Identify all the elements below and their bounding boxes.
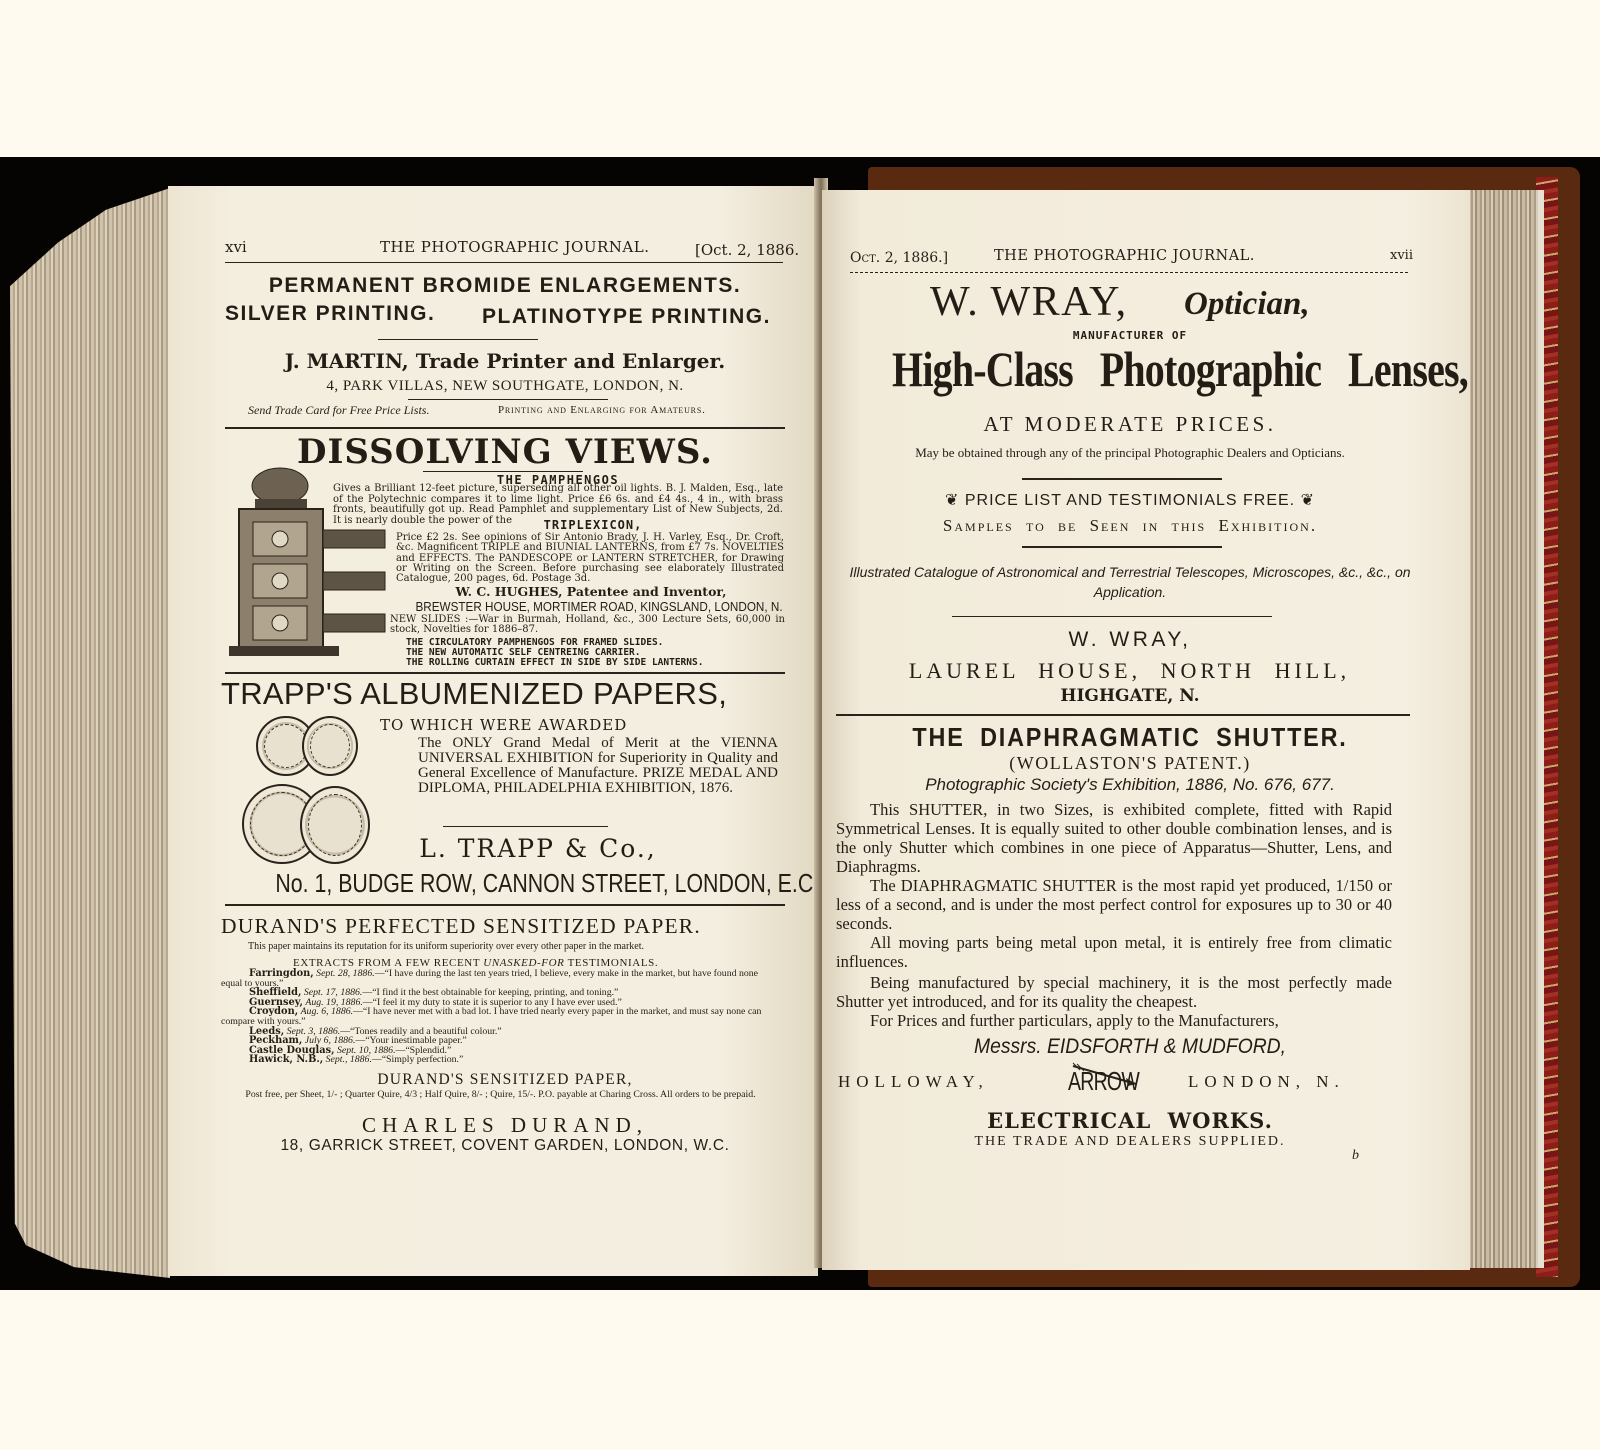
testimonials-list: Farringdon, Sept. 28, 1886.—“I have duri…	[221, 969, 781, 1065]
page-number: xvi	[225, 238, 247, 256]
ad-headline: THE DIAPHRAGMATIC SHUTTER.	[878, 722, 1382, 753]
journal-title: THE PHOTOGRAPHIC JOURNAL.	[380, 238, 649, 256]
advertiser-address: 18, GARRICK STREET, COVENT GARDEN, LONDO…	[225, 1137, 785, 1155]
advertiser-address: BREWSTER HOUSE, MORTIMER ROAD, KINGSLAND…	[416, 599, 767, 614]
advertiser-town: HIGHGATE, N.	[850, 686, 1410, 706]
price-list: Post free, per Sheet, 1/- ; Quarter Quir…	[218, 1090, 783, 1100]
trade-note: THE TRADE AND DEALERS SUPPLIED.	[850, 1134, 1410, 1150]
ad-body: The ONLY Grand Medal of Merit at the VIE…	[418, 736, 778, 796]
divider	[423, 471, 583, 472]
medal-icon	[302, 716, 358, 776]
ad-callout: Samples to be Seen in this Exhibition.	[850, 516, 1410, 536]
works-location: HOLLOWAY,	[838, 1072, 989, 1092]
ad-body: Price £2 2s. See opinions of Sir Antonio…	[396, 533, 784, 584]
manufacturer-name: Messrs. EIDSFORTH & MUDFORD,	[872, 1035, 1387, 1059]
ad-paragraph: This SHUTTER, in two Sizes, is exhibited…	[836, 800, 1392, 876]
ad-paragraph: Being manufactured by special machinery,…	[836, 973, 1392, 1011]
divider	[1022, 546, 1222, 548]
feature-line: THE ROLLING CURTAIN EFFECT IN SIDE BY SI…	[406, 657, 703, 668]
page-edges-left	[10, 188, 170, 1278]
testimonial: Croydon, Aug. 6, 1886.—“I have never met…	[221, 1007, 781, 1026]
arrow-logo: ARROW	[1068, 1060, 1168, 1114]
testimonial: Hawick, N.B., Sept., 1886.—“Simply perfe…	[221, 1055, 781, 1065]
divider	[1022, 478, 1222, 480]
ad-subheadline: TO WHICH WERE AWARDED	[380, 716, 627, 734]
works-location: LONDON, N.	[1188, 1072, 1345, 1092]
left-page: xvi THE PHOTOGRAPHIC JOURNAL. [Oct. 2, 1…	[168, 186, 818, 1276]
divider	[952, 616, 1272, 617]
advertiser-name: J. MARTIN, Trade Printer and Enlarger.	[225, 349, 785, 373]
ad-note: Printing and Enlarging for Amateurs.	[498, 404, 706, 416]
advertiser-address: LAUREL HOUSE, NORTH HILL,	[837, 658, 1422, 684]
ad-separator	[225, 904, 785, 906]
header-rule	[850, 272, 1408, 273]
ad-subheadline: AT MODERATE PRICES.	[850, 412, 1410, 437]
ad-intro: This paper maintains its reputation for …	[248, 941, 644, 952]
divider	[443, 826, 608, 827]
advertiser-name: W. WRAY,	[850, 628, 1410, 652]
ad-headline: TRAPP'S ALBUMENIZED PAPERS,	[221, 676, 727, 712]
ad-body: May be obtained through any of the princ…	[850, 445, 1410, 461]
ad-headline: SILVER PRINTING.	[225, 302, 435, 326]
product-name: TRIPLEXICON,	[398, 518, 788, 532]
ad-paragraph: The DIAPHRAGMATIC SHUTTER is the most ra…	[836, 876, 1392, 933]
ad-note: Send Trade Card for Free Price Lists.	[248, 403, 429, 418]
exhibition-note: Photographic Society's Exhibition, 1886,…	[850, 775, 1410, 795]
issue-date: Oct. 2, 1886.]	[850, 250, 948, 266]
ad-headline: PLATINOTYPE PRINTING.	[482, 305, 771, 329]
ad-paragraph: For Prices and further particulars, appl…	[836, 1011, 1392, 1030]
ad-headline: Optician,	[1184, 286, 1310, 323]
advertiser-address: 4, PARK VILLAS, NEW SOUTHGATE, LONDON, N…	[225, 378, 785, 395]
right-page: Oct. 2, 1886.] THE PHOTOGRAPHIC JOURNAL.…	[822, 190, 1470, 1270]
ad-separator	[225, 672, 785, 674]
company-address: No. 1, BUDGE ROW, CANNON STREET, LONDON,…	[275, 868, 734, 899]
header-rule	[225, 262, 783, 263]
company-name: L. TRAPP & Co.,	[298, 834, 778, 863]
signature-mark: b	[1352, 1148, 1359, 1164]
ad-callout: ❦ PRICE LIST AND TESTIMONIALS FREE. ❦	[850, 490, 1410, 510]
divider	[408, 399, 608, 400]
advertiser-name: CHARLES DURAND,	[225, 1113, 785, 1138]
ad-subheadline: (WOLLASTON'S PATENT.)	[850, 753, 1410, 774]
works-name: ELECTRICAL WORKS.	[850, 1108, 1410, 1133]
issue-date: [Oct. 2, 1886.	[695, 241, 799, 259]
ad-headline: PERMANENT BROMIDE ENLARGEMENTS.	[225, 274, 785, 298]
ad-subheadline: DURAND'S SENSITIZED PAPER,	[225, 1071, 785, 1089]
ad-paragraph: All moving parts being metal upon metal,…	[836, 933, 1392, 971]
ad-separator	[836, 714, 1410, 716]
logo-text: ARROW	[1068, 1066, 1139, 1097]
ad-body: NEW SLIDES :—War in Burmah, Holland, &c.…	[390, 615, 785, 635]
ad-separator	[225, 427, 785, 429]
testimonial: Farringdon, Sept. 28, 1886.—“I have duri…	[221, 969, 781, 988]
ad-body: Illustrated Catalogue of Astronomical an…	[840, 562, 1420, 602]
product-headline: High-Class Photographic Lenses,	[892, 340, 1372, 398]
page-number: xvii	[1390, 248, 1413, 263]
divider	[378, 339, 538, 340]
ad-headline: W. WRAY,	[930, 278, 1128, 326]
ad-headline: DURAND'S PERFECTED SENSITIZED PAPER.	[221, 914, 701, 939]
page-edges-right	[1468, 190, 1538, 1268]
journal-title: THE PHOTOGRAPHIC JOURNAL.	[994, 248, 1255, 264]
advertiser-name: W. C. HUGHES, Patentee and Inventor,	[396, 584, 786, 599]
